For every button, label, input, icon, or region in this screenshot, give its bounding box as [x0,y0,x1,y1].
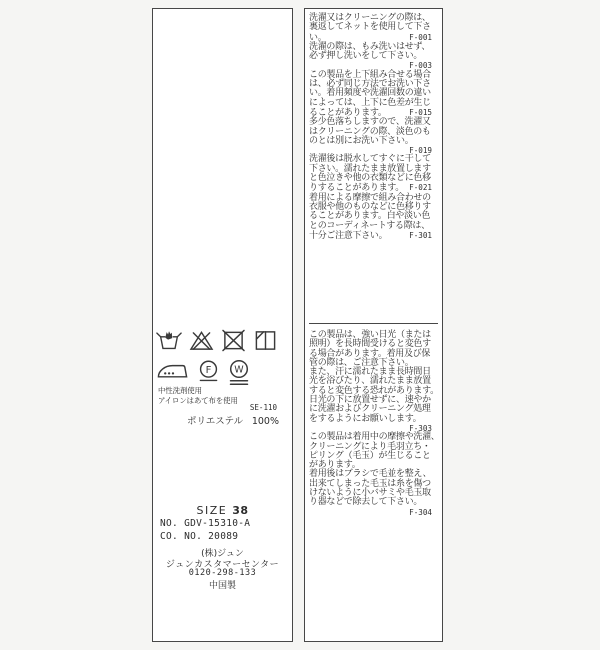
customer-center-phone: 0120-298-133 [153,568,292,578]
company-number: CO. NO. 20089 [160,531,238,542]
care-note-iron-cloth: アイロンはあて布を使用 [158,396,238,406]
size-value: 38 [232,504,248,517]
fabric-composition-row: ポリエステル 100% [187,413,279,427]
label-ref-code: SE-110 [250,403,277,412]
care-text-line: をするようにお願いします。 [309,415,439,424]
wet-clean-w-icon: W [228,359,250,389]
care-label-right-panel: 洗濯又はクリーニングの際は、裏返してネットを使用して下さい。F-001洗濯の際は… [304,8,443,642]
care-label-sheet: F W 中性洗剤使用 アイロンはあて布を使用 SE-110 ポリエステル 100… [0,0,600,650]
fabric-percent: 100% [252,416,279,427]
care-text-line: 十分ご注意下さい。F-301 [309,231,439,241]
care-instructions-section-2: この製品は、強い日光（または照明）を長時間受けると変色する場合があります。着用及… [309,331,439,517]
care-symbols-row-1 [156,329,278,352]
care-text-line: 裏返してネットを使用して下さ [309,23,439,32]
fabric-material: ポリエステル [187,413,243,427]
care-note-detergent: 中性洗剤使用 [158,386,238,396]
iron-low-temp-icon [156,359,189,381]
care-notes: 中性洗剤使用 アイロンはあて布を使用 [158,386,238,405]
care-text-line: と色泣きや他の衣類などに色移 [309,174,439,183]
svg-text:F: F [206,365,212,376]
do-not-bleach-icon [189,329,214,352]
care-text-line: のとは別にお洗い下さい。 [309,137,439,146]
dry-clean-f-icon: F [198,359,219,386]
care-text-line: F-304 [309,508,439,517]
care-label-left-panel: F W 中性洗剤使用 アイロンはあて布を使用 SE-110 ポリエステル 100… [152,8,293,642]
care-text-line: 必ず押し洗いをして下さい。 [309,52,439,61]
do-not-tumble-dry-icon [221,329,246,352]
hand-wash-icon [156,329,182,352]
care-instructions-section-1: 洗濯又はクリーニングの際は、裏返してネットを使用して下さい。F-001洗濯の際は… [309,14,439,241]
care-symbols-row-2: F W [156,359,250,389]
care-text-line: によっては、上下に色差が生じ [309,99,439,108]
shade-line-dry-icon [253,329,278,352]
care-text-line: とのコーディネートする際は、 [309,222,439,231]
item-number: NO. GDV-15310-A [160,518,250,529]
country-of-origin: 中国製 [153,578,292,591]
size-label: SIZE [196,504,227,517]
section-divider-line [309,323,438,324]
size-line: SIZE 38 [153,504,292,517]
svg-text:W: W [234,365,244,376]
care-text-line: り器などで除去して下さい。 [309,498,439,507]
